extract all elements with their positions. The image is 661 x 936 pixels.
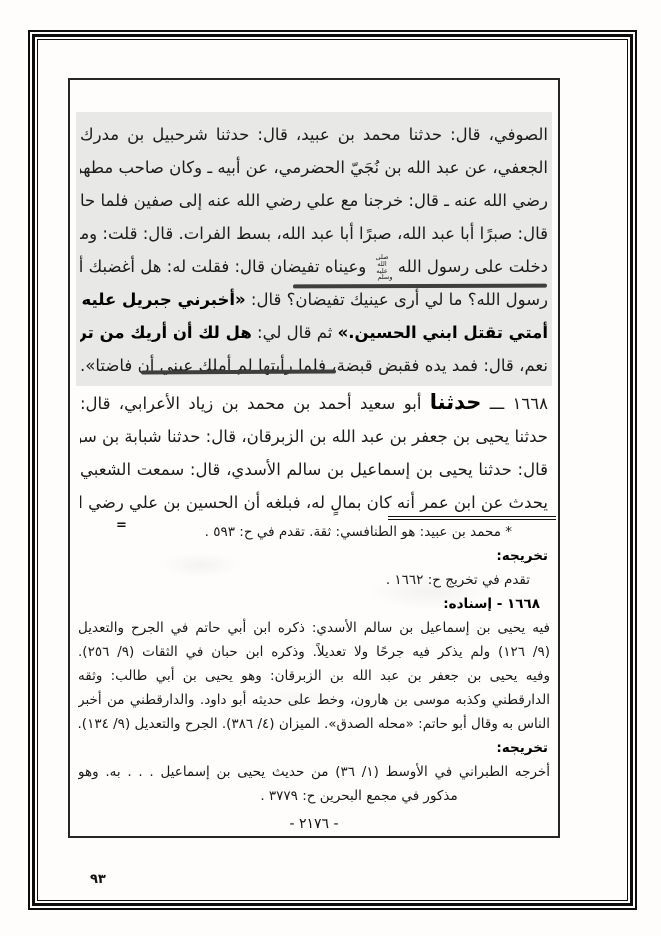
ornate-haddathana-word: حدثنا [430, 390, 482, 414]
footnote-line: الدارقطني وكذبه موسى بن هارون، وخط على ح… [78, 688, 550, 712]
text-box: الصوفي، قال: حدثنا محمد بن عبيد، قال: حد… [68, 78, 560, 838]
footnote-line: فيه يحيى بن إسماعيل بن سالم الأسدي: ذكره… [78, 616, 550, 640]
text-segment: ثم قال لي: [252, 323, 338, 342]
footnote-line: تخريجه: [78, 544, 550, 568]
footnote-line: (٩/ ١٢٦) ولم يذكر فيه جرحًا ولا تعديلاً.… [78, 640, 550, 664]
hadith-volume-page-number: - ٢١٧٦ - [70, 814, 558, 834]
footnote-line: أخرجه الطبراني في الأوسط (١/ ٣٦) من حديث… [78, 760, 550, 784]
text-segment: حدثنا يحيى بن جعفر بن عبد الله بن الزبرق… [80, 427, 548, 446]
text-segment: رضي الله عنه ـ قال: خرجنا مع علي رضي الل… [80, 191, 548, 210]
text-segment: أبو سعيد أحمد بن محمد بن زياد الأعرابي، … [80, 394, 430, 413]
text-segment: الجعفي، عن عبد الله بن نُجَيّ الحضرمي، ع… [80, 158, 548, 177]
footnote-line: تقدم في تخريج ح: ١٦٦٢ . [78, 568, 550, 592]
hadith-number: ١٦٦٨ [504, 394, 548, 413]
text-segment: ـــ [481, 394, 504, 413]
page-number: ٩٣ [90, 872, 106, 887]
footnote-line: الناس به وقال أبو حاتم: «محله الصدق». ال… [78, 712, 550, 736]
text-segment: رسول الله؟ ما لي أرى عينيك تفيضان؟ قال: [246, 290, 548, 309]
scanned-book-page: الصوفي، قال: حدثنا محمد بن عبيد، قال: حد… [0, 0, 661, 936]
footnote-line: مذكور في مجمع البحرين ح: ٣٧٧٩ . [78, 784, 550, 808]
text-segment: يحدث عن ابن عمر أنه كان بمالٍ له، فبلغه … [80, 493, 548, 512]
text-segment: الصوفي، قال: حدثنا محمد بن عبيد، قال: حد… [80, 125, 548, 144]
text-segment: هل لك أن أريك من تربته؟ [80, 323, 252, 342]
text-line: يحدث عن ابن عمر أنه كان بمالٍ له، فبلغه … [80, 486, 548, 519]
text-segment: قال: حدثنا يحيى بن إسماعيل بن سالم الأسد… [80, 460, 548, 479]
text-segment: «أخبرني جبريل عليه السلام أن [80, 290, 246, 309]
text-line: حدثنا يحيى بن جعفر بن عبد الله بن الزبرق… [80, 420, 548, 453]
text-line: قال: صبرًا أبا عبد الله، صبرًا أبا عبد ا… [80, 217, 548, 250]
text-line: دخلت على رسول الله صلى الله عليه وسلم وع… [80, 250, 548, 283]
text-line: ١٦٦٨ ـــ حدثنا أبو سعيد أحمد بن محمد بن … [80, 386, 548, 420]
pbuh-ligature: صلى الله عليه وسلم [372, 254, 393, 281]
text-line: أمتي تقتل ابني الحسين.» ثم قال لي: هل لك… [80, 316, 548, 349]
footnote-line: تخريجه: [78, 736, 550, 760]
text-line: الجعفي، عن عبد الله بن نُجَيّ الحضرمي، ع… [80, 151, 548, 184]
footnote-continuation-mark: = [116, 518, 127, 533]
text-line: رضي الله عنه ـ قال: خرجنا مع علي رضي الل… [80, 184, 548, 217]
footnotes-section: * محمد بن عبيد: هو الطنافسي: ثقة. تقدم ف… [78, 520, 550, 808]
footnote-line: * محمد بن عبيد: هو الطنافسي: ثقة. تقدم ف… [78, 520, 550, 544]
highlighted-hadith-paragraph: الصوفي، قال: حدثنا محمد بن عبيد، قال: حد… [76, 112, 552, 386]
text-segment: وعيناه تفيضان قال: فقلت له: هل أغضبك أحد… [80, 257, 372, 276]
footnote-double-rule [388, 516, 556, 520]
text-segment: دخلت على رسول الله [393, 257, 548, 276]
text-line: الصوفي، قال: حدثنا محمد بن عبيد، قال: حد… [80, 118, 548, 151]
text-line: نعم، قال: فمد يده فقبض قبضة، فلما رأيتها… [80, 349, 548, 382]
footnote-line: ١٦٦٨ - إسناده: [78, 592, 550, 616]
hadith-1668-isnad-paragraph: ١٦٦٨ ـــ حدثنا أبو سعيد أحمد بن محمد بن … [76, 386, 552, 519]
text-segment: قال: صبرًا أبا عبد الله، صبرًا أبا عبد ا… [80, 224, 548, 243]
footnote-line: وفيه يحيى بن جعفر بن عبد الله بن الزبرقا… [78, 664, 550, 688]
text-line: قال: حدثنا يحيى بن إسماعيل بن سالم الأسد… [80, 453, 548, 486]
text-segment: أمتي تقتل ابني الحسين.» [338, 323, 548, 342]
